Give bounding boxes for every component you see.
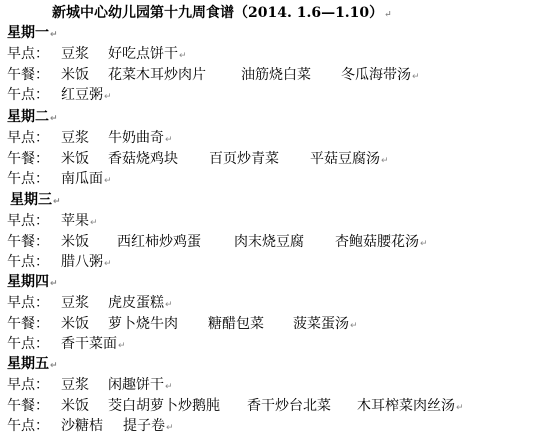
menu-item: 百页炒青菜	[209, 149, 279, 169]
menu-item: 杏鲍菇腰花汤↵	[335, 232, 428, 254]
day-name: 星期五	[7, 356, 49, 372]
menu-item: 牛奶曲奇↵	[108, 128, 173, 150]
meal-label: 午点：	[7, 334, 49, 354]
menu-item: 香干炒台北菜	[247, 396, 331, 416]
paragraph-mark-icon: ↵	[456, 403, 464, 413]
menu-item: 豆浆	[61, 293, 89, 313]
day-heading: 星期一↵	[7, 23, 58, 45]
menu-item: 好吃点饼干↵	[108, 44, 187, 66]
meal-label: 午餐：	[7, 396, 49, 416]
menu-item: 萝卜烧牛肉	[108, 314, 178, 334]
paragraph-mark-icon: ↵	[165, 382, 173, 392]
meal-label: 午点：	[7, 169, 49, 189]
meal-label: 早点：	[7, 375, 49, 395]
meal-label: 午餐：	[7, 65, 49, 85]
menu-item: 平菇豆腐汤↵	[310, 149, 389, 171]
day-name: 星期三	[10, 192, 52, 208]
day-name: 星期四	[7, 274, 49, 290]
day-heading: 星期四↵	[7, 272, 58, 294]
meal-label: 早点：	[7, 211, 49, 231]
paragraph-mark-icon: ↵	[90, 218, 98, 228]
menu-title: 新城中心幼儿园第十九周食谱（2014. 1.6—1.10）↵	[52, 2, 392, 26]
paragraph-mark-icon: ↵	[179, 51, 187, 61]
day-name: 星期二	[7, 109, 49, 125]
paragraph-mark-icon: ↵	[350, 321, 358, 331]
meal-label: 早点：	[7, 293, 49, 313]
paragraph-mark-icon: ↵	[104, 176, 112, 186]
paragraph-mark-icon: ↵	[53, 197, 61, 207]
meal-label: 午餐：	[7, 232, 49, 252]
meal-label: 早点：	[7, 128, 49, 148]
menu-item: 茭白胡萝卜炒鹅肫	[108, 396, 220, 416]
paragraph-mark-icon: ↵	[166, 423, 174, 433]
menu-item: 虎皮蛋糕↵	[108, 293, 173, 315]
menu-item: 木耳榨菜肉丝汤↵	[357, 396, 464, 418]
paragraph-mark-icon: ↵	[381, 156, 389, 166]
meal-label: 午点：	[7, 416, 49, 436]
menu-item: 豆浆	[61, 128, 89, 148]
menu-item: 米饭	[61, 396, 89, 416]
menu-item: 米饭	[61, 149, 89, 169]
menu-item: 肉末烧豆腐	[234, 232, 304, 252]
menu-item: 沙糖桔	[61, 416, 103, 436]
paragraph-mark-icon: ↵	[118, 341, 126, 351]
day-name: 星期一	[7, 25, 49, 41]
menu-item: 油筋烧白菜	[241, 65, 311, 85]
meal-label: 午餐：	[7, 149, 49, 169]
menu-item: 香菇烧鸡块	[108, 149, 178, 169]
menu-item: 米饭	[61, 314, 89, 334]
paragraph-mark-icon: ↵	[104, 259, 112, 269]
paragraph-mark-icon: ↵	[420, 239, 428, 249]
menu-item: 米饭	[61, 232, 89, 252]
day-heading: 星期五↵	[7, 354, 58, 376]
paragraph-mark-icon: ↵	[104, 92, 112, 102]
menu-item: 豆浆	[61, 375, 89, 395]
menu-item: 糖醋包菜	[208, 314, 264, 334]
meal-label: 午点：	[7, 252, 49, 272]
meal-label: 午餐：	[7, 314, 49, 334]
menu-item: 苹果↵	[61, 211, 98, 233]
paragraph-mark-icon: ↵	[50, 30, 58, 40]
meal-label: 早点：	[7, 44, 49, 64]
paragraph-mark-icon: ↵	[50, 361, 58, 371]
day-heading: 星期二↵	[7, 107, 58, 129]
paragraph-mark-icon: ↵	[384, 10, 392, 20]
menu-item: 腊八粥↵	[61, 252, 112, 274]
menu-title-text: 新城中心幼儿园第十九周食谱（2014. 1.6—1.10）	[52, 5, 383, 21]
paragraph-mark-icon: ↵	[50, 114, 58, 124]
paragraph-mark-icon: ↵	[165, 135, 173, 145]
menu-item: 红豆粥↵	[61, 85, 112, 107]
menu-item: 香干菜面↵	[61, 334, 126, 356]
paragraph-mark-icon: ↵	[412, 72, 420, 82]
paragraph-mark-icon: ↵	[50, 279, 58, 289]
menu-item: 西红柿炒鸡蛋	[117, 232, 201, 252]
paragraph-mark-icon: ↵	[165, 300, 173, 310]
menu-item: 米饭	[61, 65, 89, 85]
menu-item: 南瓜面↵	[61, 169, 112, 191]
menu-item: 菠菜蛋汤↵	[293, 314, 358, 336]
menu-item: 豆浆	[61, 44, 89, 64]
day-heading: 星期三↵	[10, 190, 61, 212]
menu-item: 提子卷↵	[123, 416, 174, 438]
menu-item: 冬瓜海带汤↵	[341, 65, 420, 87]
menu-item: 闲趣饼干↵	[108, 375, 173, 397]
meal-label: 午点：	[7, 85, 49, 105]
menu-item: 花菜木耳炒肉片	[108, 65, 206, 85]
